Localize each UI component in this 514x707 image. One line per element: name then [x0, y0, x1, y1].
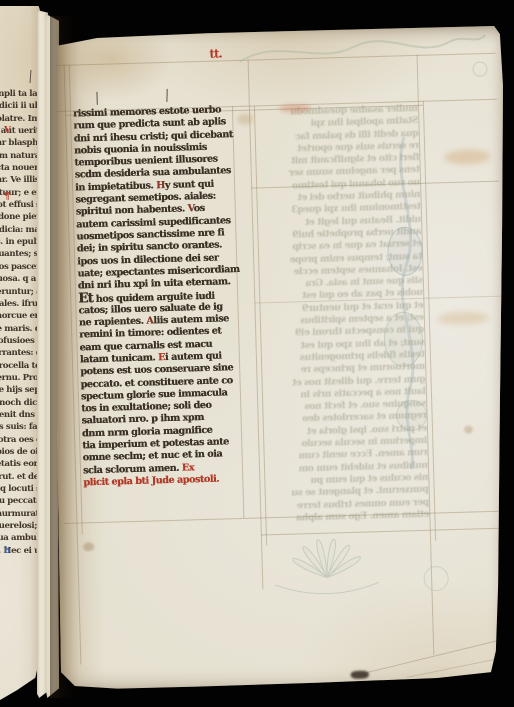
stain	[464, 425, 473, 433]
stain	[83, 542, 94, 551]
stain	[437, 311, 489, 325]
left-text-fragment: ternu. Prophe	[0, 372, 39, 384]
left-text-fragment: ipios de oibz	[0, 446, 39, 458]
left-text-fragment: morcue eradi	[0, 310, 39, 322]
left-page-rubric-mark: ¶	[4, 192, 10, 202]
left-text-fragment: s q locuti sut	[0, 483, 39, 495]
left-text-fragment: ouantes; sibi	[0, 248, 39, 260]
left-text-fragment: is. in epulis sc	[0, 236, 39, 248]
main-text-column: rissimi memores estote uerborum que pred…	[73, 104, 246, 490]
left-text-fragment: querelosi; scdm	[0, 520, 39, 532]
left-facing-page: anpli ta laceudicii ii uberefolatre. Imp…	[0, 6, 42, 700]
fan-showthrough	[274, 537, 379, 595]
left-text-fragment: adone pierut	[0, 211, 39, 223]
left-text-fragment: murmuratores	[0, 508, 39, 520]
left-text-fragment: tuosa. q a ue	[0, 273, 39, 285]
left-text-fragment: errantes: qbz	[0, 347, 39, 359]
left-page-text-fragments: anpli ta laceudicii ii uberefolatre. Imp…	[0, 88, 39, 557]
left-text-fragment: um naturaliter	[0, 150, 39, 162]
main-page: tt. rissimi memores estote uerborum que …	[57, 26, 503, 690]
left-text-fragment: udicii ii ubere	[0, 100, 39, 112]
left-text-fragment: te maris. despu	[0, 323, 39, 335]
left-text-fragment: uenit dns i scis	[0, 409, 39, 421]
manuscript-photo: anpli ta laceudicii ii uberefolatre. Imp…	[0, 0, 514, 707]
crease-line	[406, 657, 508, 678]
left-text-fragment: ietatis eoru qbz	[0, 458, 39, 470]
left-text-fragment: mr blasphemat	[0, 137, 39, 149]
pen-ascender-stroke	[96, 92, 97, 105]
left-text-fragment: folatre. Impie	[0, 113, 39, 125]
left-text-fragment: procella tenebz	[0, 360, 39, 372]
page-content: tt. rissimi memores estote uerborum que …	[49, 17, 513, 693]
left-text-fragment: pos pascentes	[0, 261, 39, 273]
left-text-fragment: nu peccatores	[0, 495, 39, 507]
folio-mark: tt.	[209, 46, 222, 60]
left-text-fragment: sua ambulates	[0, 532, 39, 544]
stain	[237, 114, 253, 125]
left-text-fragment: cofusioes suas	[0, 335, 39, 347]
left-text-fragment: icta nouerunt	[0, 162, 39, 174]
pen-ascender-stroke	[166, 89, 167, 102]
left-text-fragment: erut. et de oibz	[0, 471, 39, 483]
left-text-fragment: feruntur; arbo	[0, 286, 39, 298]
pen-ascender-stroke	[30, 70, 32, 83]
showthrough-column: mulier asadne queadmoduStatim apolipsi i…	[252, 103, 430, 527]
ruling-line	[261, 528, 509, 536]
left-text-fragment: de hijs septim9	[0, 384, 39, 396]
left-text-fragment: mr. Ve illis q	[0, 174, 39, 186]
crease-line	[366, 639, 507, 673]
left-text-fragment: udicia: macule	[0, 224, 39, 236]
left-page-rubric-mark: V	[4, 126, 11, 136]
stain	[444, 149, 490, 165]
swirl-showthrough	[424, 566, 449, 591]
left-page-blue-mark: b	[4, 546, 10, 556]
ink-blot	[351, 671, 369, 679]
ruling-line	[50, 53, 496, 66]
left-text-fragment: us suis: facere	[0, 421, 39, 433]
flourish-curl	[473, 62, 487, 76]
left-text-fragment: anpli ta lace	[0, 88, 39, 100]
left-text-fragment: cotra oes et ar	[0, 434, 39, 446]
left-text-fragment: Enoch dicens.	[0, 397, 39, 409]
left-text-fragment: nales. ifructu	[0, 298, 39, 310]
